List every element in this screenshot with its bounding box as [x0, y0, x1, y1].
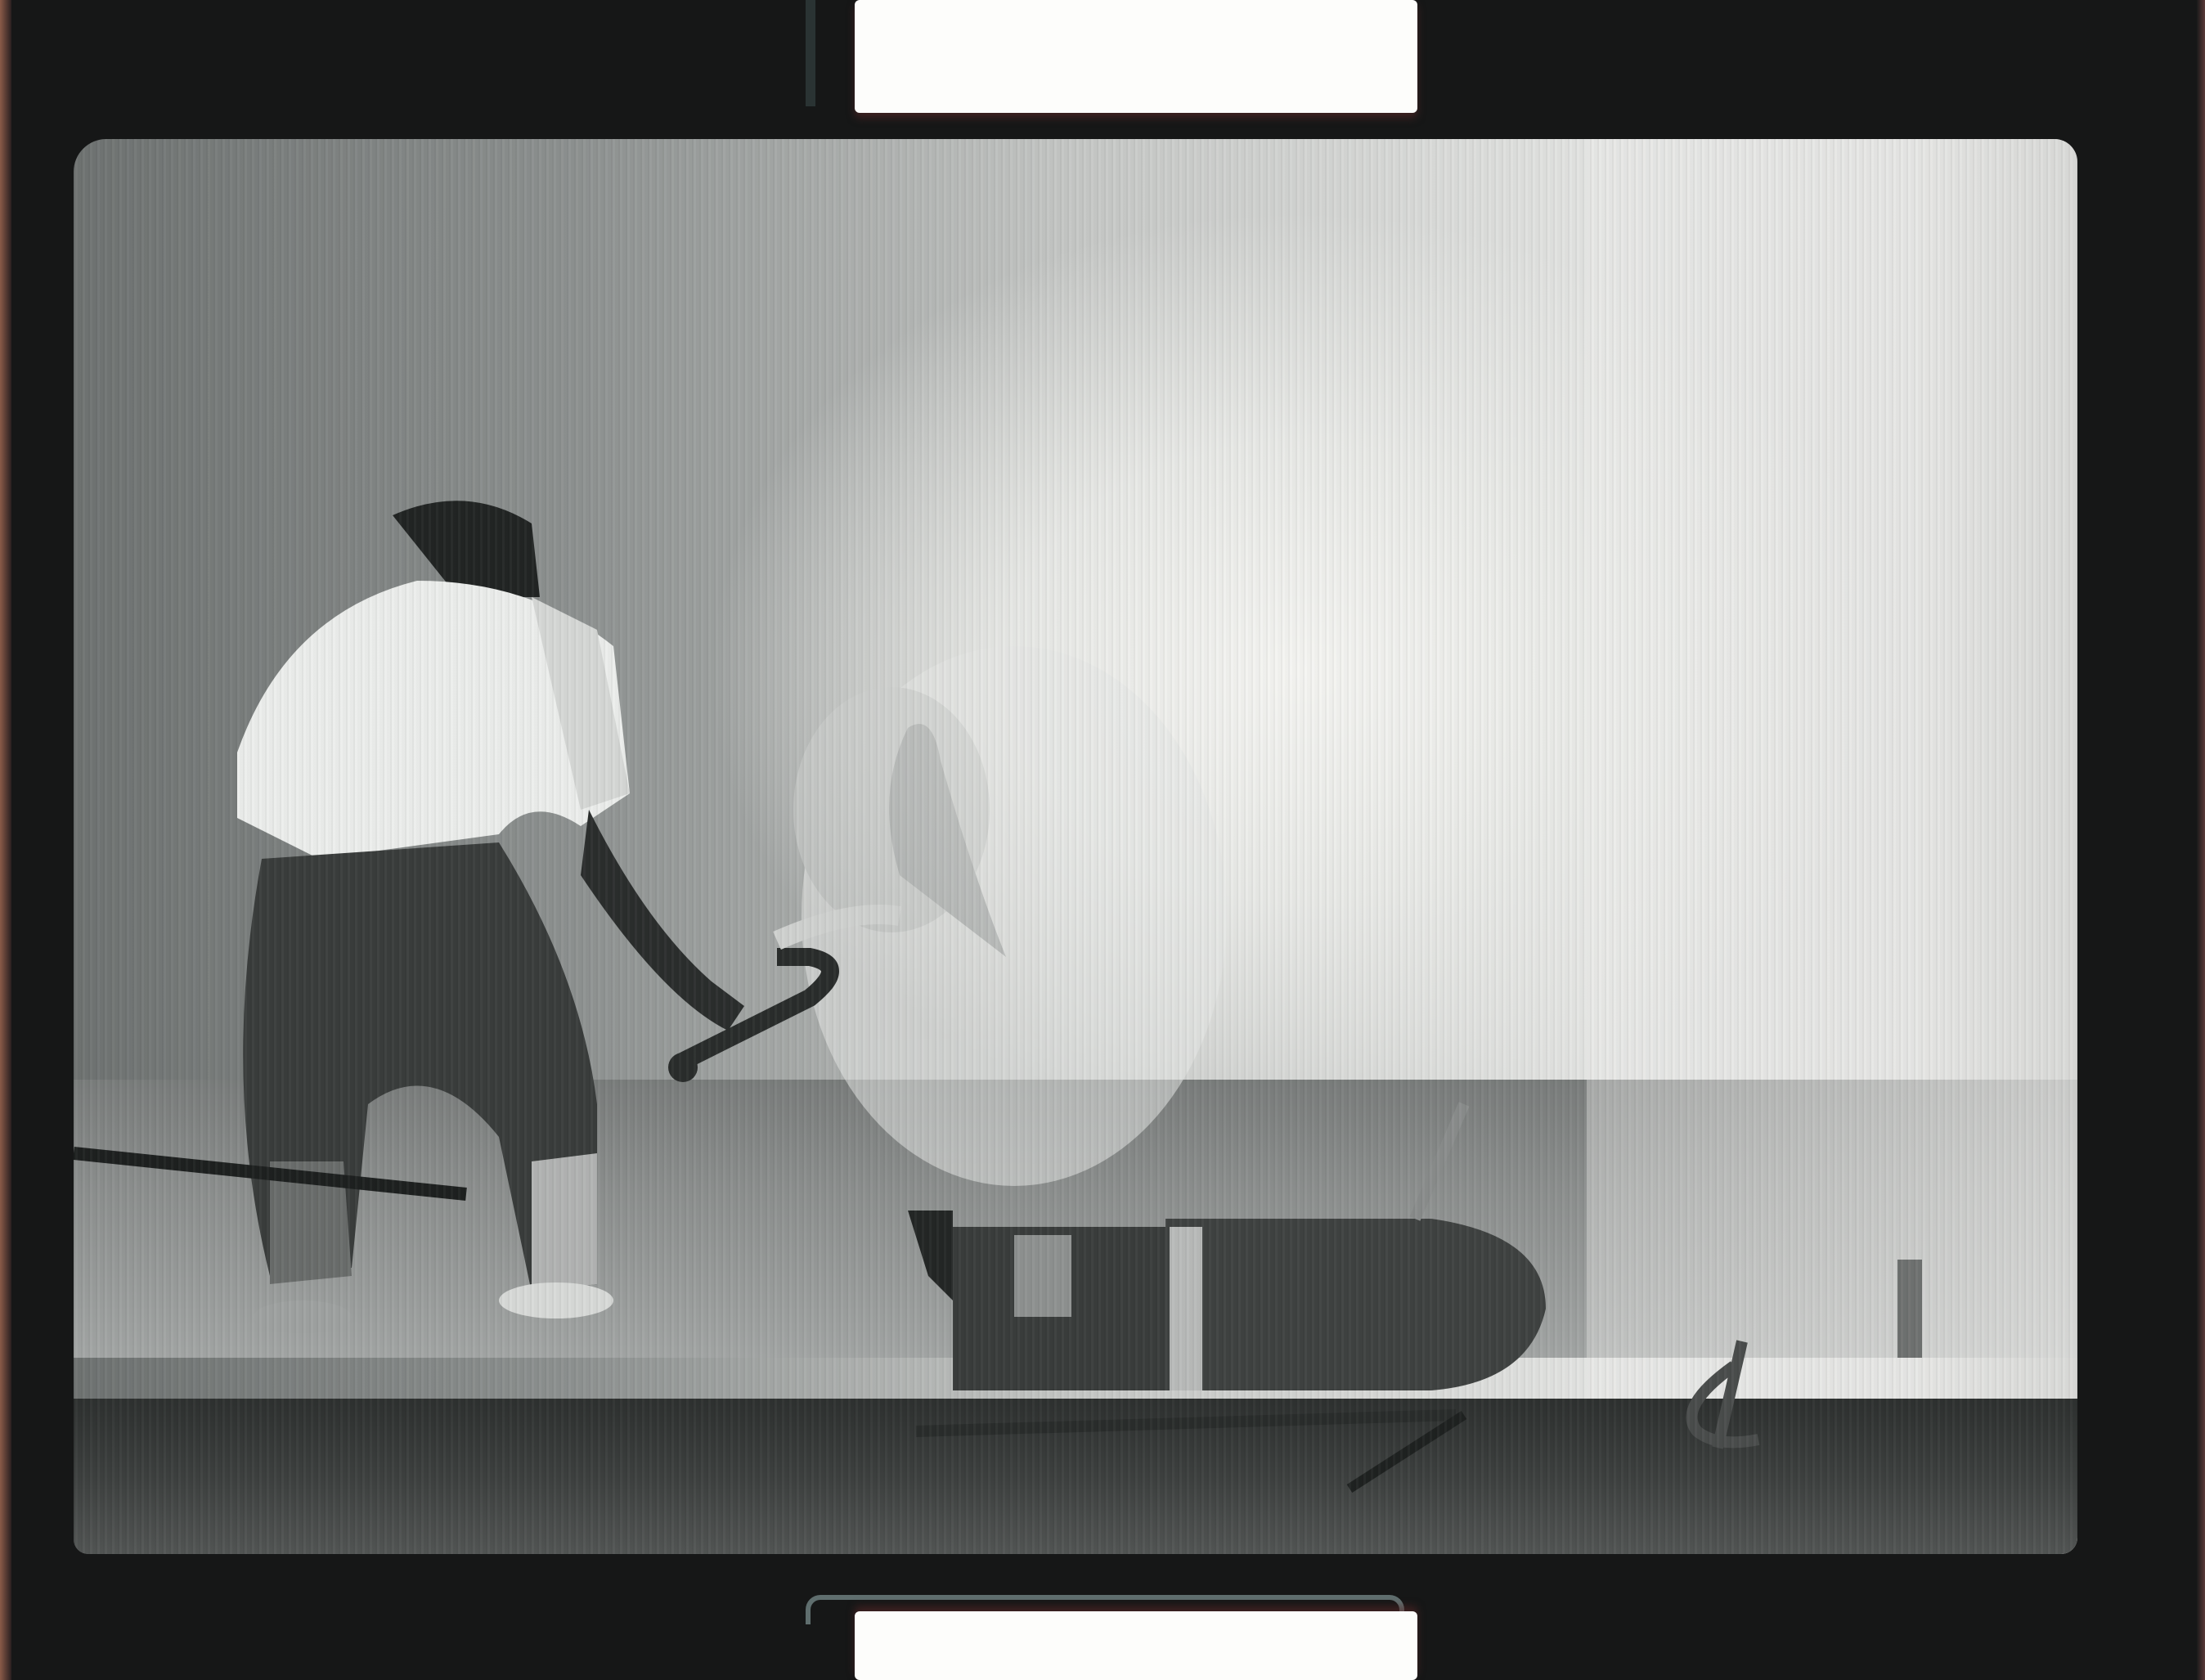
sprocket-hole-bottom [855, 1611, 1417, 1680]
film-edge-right [2197, 0, 2205, 1680]
film-grain [74, 139, 2077, 1554]
film-edge-left [0, 0, 11, 1680]
sprocket-hole-top [855, 0, 1417, 113]
film-strip [0, 0, 2205, 1680]
film-frame [74, 139, 2077, 1554]
perforation-edge-top [806, 0, 815, 106]
